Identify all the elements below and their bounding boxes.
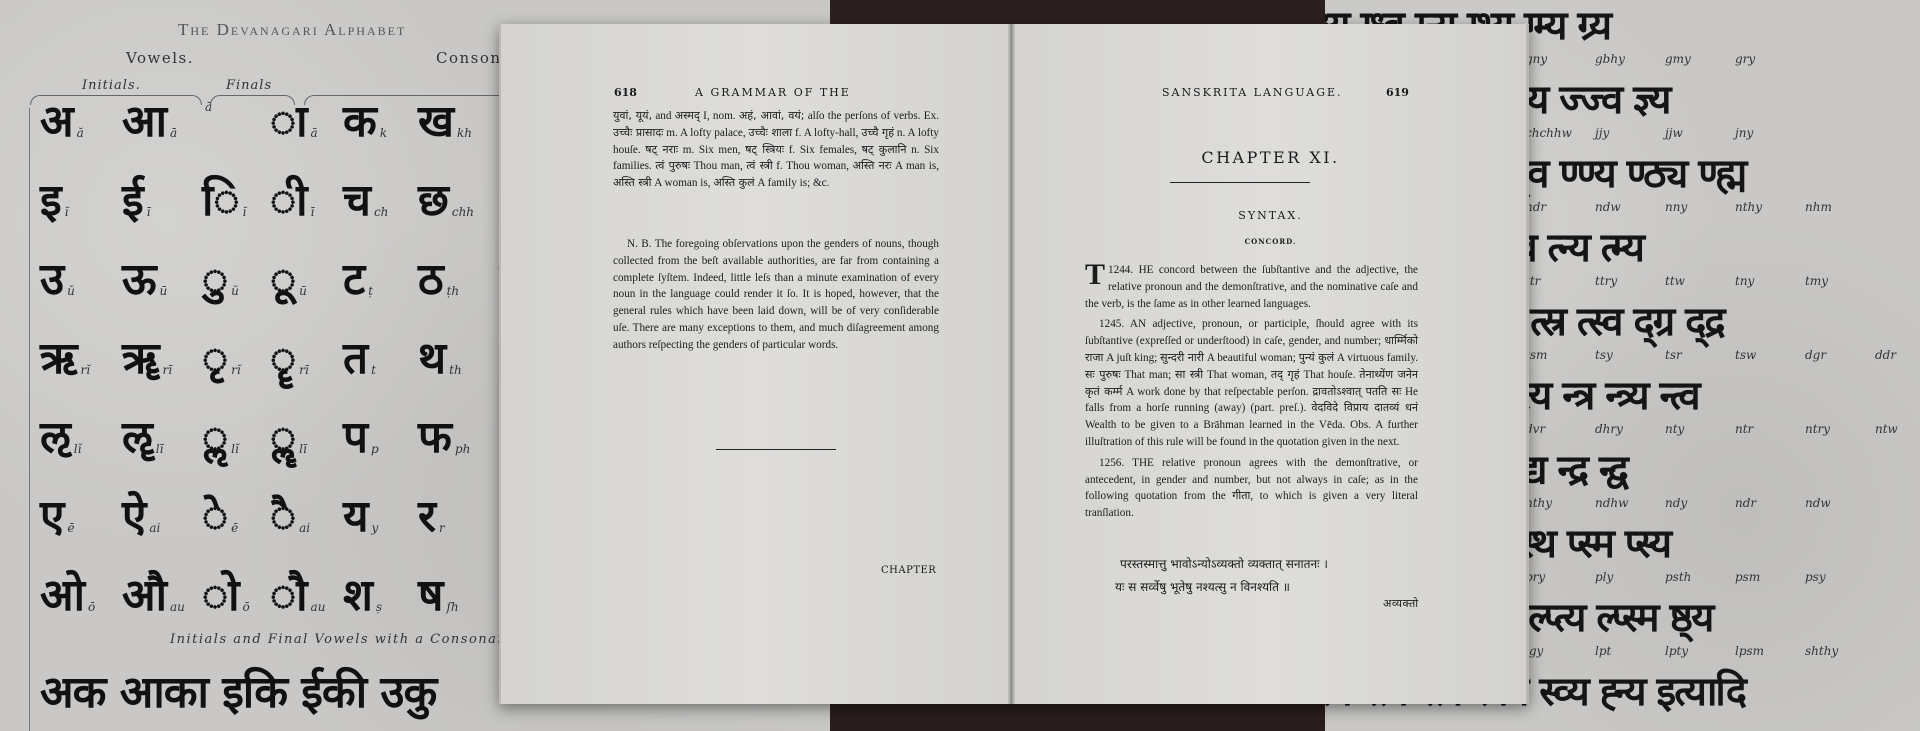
nb-note: N. B. The foregoing obſervations upon th… — [613, 236, 939, 358]
transliteration: ttry — [1595, 274, 1665, 288]
transliteration: kh — [457, 126, 472, 140]
devanagari-glyph: ॡ — [122, 416, 153, 460]
transliteration: ndhw — [1595, 496, 1665, 510]
alphabet-letter: ॠrī — [122, 337, 172, 381]
transliteration: p — [371, 442, 379, 456]
transliteration: ŭ — [67, 284, 75, 298]
alphabet-letter: ौau — [270, 574, 325, 618]
vowels-heading: Vowels. — [126, 49, 194, 67]
transliteration: t — [371, 363, 376, 377]
transliteration: tmy — [1805, 274, 1875, 288]
transliteration: nny — [1665, 200, 1735, 214]
devanagari-glyph: ओ — [40, 574, 85, 618]
transliteration: ū — [160, 284, 168, 298]
transliteration: au — [170, 600, 185, 614]
left-page-number: 618 — [614, 86, 637, 99]
transliteration: r — [439, 521, 445, 535]
right-body: 1244. T HE concord between the ſubſtanti… — [1085, 262, 1418, 526]
transliteration: ch — [374, 205, 388, 219]
alphabet-letter: इĭ — [40, 179, 68, 223]
devanagari-text: अहं, आवां, वयं; — [739, 109, 805, 122]
transliteration: ntr — [1735, 422, 1805, 436]
transliteration: ndw — [1595, 200, 1665, 214]
alphabet-letter: ीī — [270, 179, 314, 223]
paragraph-1244: 1244. T HE concord between the ſubſtanti… — [1085, 262, 1418, 312]
left-paragraph-1: युवां, यूयं, and अस्मद् I, nom. अहं, आवा… — [613, 108, 939, 192]
english-text: m. Six men, — [678, 144, 745, 156]
chapter-title: CHAPTER XI. — [1015, 148, 1526, 167]
transliteration: nthy — [1525, 496, 1595, 510]
transliteration: rī — [163, 363, 173, 377]
alphabet-letter: यy — [343, 495, 378, 539]
transliteration: ĭ — [243, 205, 247, 219]
transliteration: ṣ — [376, 600, 382, 614]
transliteration: shthy — [1805, 644, 1875, 658]
alphabet-letter: षſh — [418, 574, 459, 618]
devanagari-glyph: आ — [122, 100, 167, 144]
english-text: f. Thou woman, — [773, 160, 853, 172]
transliteration: psth — [1665, 570, 1735, 584]
devanagari-glyph: ट — [343, 258, 365, 302]
devanagari-glyph: ा — [270, 100, 308, 144]
devanagari-glyph: ो — [202, 574, 240, 618]
transliteration: jjy — [1595, 126, 1665, 140]
alphabet-letter: ोō — [202, 574, 250, 618]
alphabet-letter: उŭ — [40, 258, 75, 302]
alphabet-letter: रr — [418, 495, 445, 539]
plate-frame-line — [29, 108, 30, 731]
devanagari-glyph: ू — [270, 258, 296, 302]
devanagari-glyph: फ — [418, 416, 452, 460]
alphabet-letter: छchh — [418, 179, 474, 223]
transliteration: tsr — [1665, 348, 1735, 362]
transliteration: ntry — [1805, 422, 1875, 436]
devanagari-glyph: ी — [270, 179, 308, 223]
devanagari-text: षट् नराः — [645, 143, 678, 156]
section-rule — [716, 449, 836, 450]
alphabet-letter: ऊū — [122, 258, 167, 302]
background-bottom-strip — [825, 703, 1325, 731]
devanagari-text: अस्ति कुलं — [713, 176, 754, 189]
transliteration: ĭ — [65, 205, 69, 219]
devanagari-glyph: ए — [40, 495, 64, 539]
transliteration: nthy — [1735, 200, 1805, 214]
subsection-title: CONCORD. — [1015, 237, 1526, 246]
transliteration: ă — [205, 100, 212, 114]
devanagari-glyph: ठ — [418, 258, 444, 302]
english-text: That woman, — [1203, 369, 1271, 381]
devanagari-glyph: े — [202, 495, 228, 539]
alphabet-letter: ैai — [270, 495, 310, 539]
devanagari-text: अस्ति स्त्री — [613, 176, 652, 189]
drop-cap: T — [1085, 262, 1105, 288]
alphabet-letter: ेē — [202, 495, 238, 539]
vowel-consonant-combos: अक आका इकि ईकी उकु — [40, 660, 436, 720]
devanagari-text: त्वं स्त्री — [746, 159, 772, 172]
devanagari-text: अस्मद् — [675, 109, 700, 122]
gita-quote-line-1: परस्तस्मात्तु भावोऽन्योऽव्यक्तो व्यक्तात… — [1120, 555, 1328, 572]
alphabet-letter: टṭ — [343, 258, 373, 302]
alphabet-letter: ऐai — [122, 495, 160, 539]
devanagari-glyph: च — [343, 179, 371, 223]
transliteration: ddr — [1875, 348, 1920, 362]
transliteration: ṭ — [368, 284, 373, 298]
alphabet-letter: ॢlĭ — [202, 416, 239, 460]
devanagari-glyph: ौ — [270, 574, 308, 618]
devanagari-glyph: ष — [418, 574, 443, 618]
devanagari-glyph: प — [343, 416, 368, 460]
devanagari-text: त्वं पुरुषः — [655, 159, 690, 172]
transliteration: lpty — [1665, 644, 1735, 658]
alphabet-letter: पp — [343, 416, 379, 460]
transliteration: ndy — [1665, 496, 1735, 510]
left-page: 618 A GRAMMAR OF THE युवां, यूयं, and अस… — [499, 24, 1011, 704]
transliteration: dgr — [1805, 348, 1875, 362]
devanagari-glyph: ऊ — [122, 258, 157, 302]
alphabet-letter: ओō — [40, 574, 95, 618]
transliteration: psy — [1805, 570, 1875, 584]
devanagari-glyph: ॄ — [270, 337, 296, 381]
nb-note-text: N. B. The foregoing obſervations upon th… — [613, 236, 939, 354]
devanagari-text: सः पुरुषः — [1085, 368, 1121, 381]
transliteration: ndr — [1735, 496, 1805, 510]
transliteration: chh — [452, 205, 474, 219]
english-text: A virtuous family. — [1334, 352, 1418, 364]
transliteration: lī — [299, 442, 307, 456]
transliteration: chchhw — [1525, 126, 1595, 140]
transliteration: lĭ — [74, 442, 82, 456]
transliteration: gny — [1525, 52, 1595, 66]
transliteration: gmy — [1665, 52, 1735, 66]
devanagari-glyph: ै — [270, 495, 296, 539]
devanagari-text: षट् कुलानि — [862, 143, 907, 156]
devanagari-text: युवां, यूयं, — [613, 109, 652, 122]
devanagari-glyph: थ — [418, 337, 446, 381]
english-text: f. Six females, — [784, 144, 861, 156]
devanagari-glyph: त — [343, 337, 368, 381]
devanagari-text: सा स्त्री — [1175, 368, 1203, 381]
transliteration: gbhy — [1595, 52, 1665, 66]
section-title: SYNTAX. — [1015, 209, 1526, 222]
transliteration: lī — [156, 442, 164, 456]
devanagari-text: गीता — [1232, 489, 1250, 502]
devanagari-text: उच्चैः शाला — [749, 126, 793, 139]
devanagari-text: पुन्यं कुलं — [1299, 351, 1334, 364]
alphabet-letter: ठṭh — [418, 258, 459, 302]
transliteration: rĭ — [81, 363, 91, 377]
transliteration: ai — [299, 521, 310, 535]
alphabet-letter: ुŭ — [202, 258, 239, 302]
alphabet-letter: कk — [343, 100, 387, 144]
transliteration: tny — [1735, 274, 1805, 288]
alphabet-letter: ă — [202, 100, 212, 118]
transliteration: ndr — [1525, 200, 1595, 214]
devanagari-glyph: ऌ — [40, 416, 71, 460]
left-catchword: CHAPTER — [881, 565, 936, 576]
english-text: A family is; &c. — [755, 177, 830, 189]
transliteration: ṭh — [447, 284, 460, 298]
transliteration: lĭ — [231, 442, 239, 456]
devanagari-text: सुन्दरी नारी — [1160, 351, 1204, 364]
transliteration: k — [380, 126, 387, 140]
transliteration: ō — [88, 600, 95, 614]
right-page: SANSKRITA LANGUAGE. 619 CHAPTER XI. SYNT… — [1015, 24, 1529, 704]
devanagari-glyph: ि — [202, 179, 240, 223]
devanagari-glyph: ु — [202, 258, 228, 302]
gita-quote-line-2: यः स सर्व्वेषु भूतेषु नश्यत्सु न विनश्यत… — [1115, 578, 1290, 595]
right-running-head: SANSKRITA LANGUAGE. — [1162, 86, 1343, 99]
right-page-number: 619 — [1386, 86, 1409, 99]
alphabet-letter: शṣ — [343, 574, 382, 618]
devanagari-glyph: अ — [40, 100, 74, 144]
alphabet-letter: तt — [343, 337, 376, 381]
devanagari-text: उच्चै गृहं — [861, 126, 894, 139]
devanagari-glyph: ऐ — [122, 495, 146, 539]
english-text: That man; — [1121, 369, 1175, 381]
devanagari-glyph: क — [343, 100, 377, 144]
transliteration: jjw — [1665, 126, 1735, 140]
english-text: I, nom. — [700, 110, 739, 122]
english-text: alſo the perſons of verbs. Ex. — [804, 110, 939, 122]
transliteration: dvr — [1525, 422, 1595, 436]
alphabet-letter: ाā — [270, 100, 318, 144]
english-text: A woman is, — [652, 177, 714, 189]
english-text: Wealth to be given to a Brāhman learned … — [1085, 419, 1418, 448]
chapter-rule — [1170, 182, 1310, 183]
transliteration: lgy — [1525, 644, 1595, 658]
transliteration: ā — [311, 126, 318, 140]
transliteration: nhm — [1805, 200, 1875, 214]
english-text: and — [652, 110, 675, 122]
devanagari-glyph: र — [418, 495, 436, 539]
alphabet-letter: ॣlī — [270, 416, 307, 460]
english-text: Thou man, — [690, 160, 746, 172]
plate-caption: Initials and Final Vowels with a Consona… — [170, 632, 514, 647]
transliteration: tsm — [1525, 348, 1595, 362]
paragraph-1256: 1256. THE relative pronoun agrees with t… — [1085, 455, 1418, 522]
alphabet-letter: ऌlĭ — [40, 416, 81, 460]
alphabet-letter: थth — [418, 337, 462, 381]
transliteration: th — [449, 363, 462, 377]
english-text: That houſe. — [1300, 369, 1360, 381]
devanagari-glyph: इ — [40, 179, 62, 223]
alphabet-letter: अă — [40, 100, 84, 144]
transliteration: ph — [455, 442, 470, 456]
transliteration: ī — [147, 205, 151, 219]
alphabet-letter: एē — [40, 495, 74, 539]
devanagari-glyph: छ — [418, 179, 449, 223]
transliteration: ŭ — [231, 284, 239, 298]
devanagari-glyph: ऋ — [40, 337, 78, 381]
devanagari-glyph: ृ — [202, 337, 228, 381]
finals-subheading: Finals — [226, 78, 272, 93]
devanagari-text: द्रावतोऽश्वात् पतति सः — [1312, 385, 1401, 398]
transliteration: ū — [299, 284, 307, 298]
transliteration: rĭ — [231, 363, 241, 377]
english-text: m. A lofty palace, — [663, 127, 748, 139]
transliteration: ī — [311, 205, 315, 219]
devanagari-glyph: य — [343, 495, 369, 539]
alphabet-letter: ईī — [122, 179, 150, 223]
open-book: 618 A GRAMMAR OF THE युवां, यूयं, and अस… — [499, 24, 1529, 704]
plate-title: The Devanagari Alphabet — [178, 20, 406, 40]
transliteration: tsy — [1595, 348, 1665, 362]
english-text: A beautiful woman; — [1204, 352, 1299, 364]
devanagari-text: उच्चैः प्रासादः — [613, 126, 663, 139]
transliteration: lpsm — [1735, 644, 1805, 658]
alphabet-letter: ूū — [270, 258, 307, 302]
alphabet-letter: ॡlī — [122, 416, 163, 460]
transliteration: lpt — [1595, 644, 1665, 658]
devanagari-glyph: ई — [122, 179, 144, 223]
transliteration: ply — [1595, 570, 1665, 584]
devanagari-text: षट् स्त्रियः — [745, 143, 784, 156]
devanagari-text: वेदविदे विप्राय दातव्यं धनं — [1311, 401, 1418, 414]
alphabet-letter: ॄrī — [270, 337, 309, 381]
transliteration: ă — [77, 126, 84, 140]
transliteration: rī — [299, 363, 309, 377]
right-catchword: अव्यक्तो — [1383, 596, 1419, 611]
devanagari-glyph: ॣ — [270, 416, 296, 460]
transliteration: psm — [1735, 570, 1805, 584]
devanagari-text: अस्ति नरः — [853, 159, 892, 172]
transliteration: ttr — [1525, 274, 1595, 288]
transliteration: ā — [170, 126, 177, 140]
transliteration: ttw — [1665, 274, 1735, 288]
devanagari-glyph: उ — [40, 258, 64, 302]
alphabet-letter: ृrĭ — [202, 337, 241, 381]
alphabet-letter: िĭ — [202, 179, 246, 223]
alphabet-letter: फph — [418, 416, 470, 460]
transliteration: ē — [231, 521, 238, 535]
alphabet-letter: आā — [122, 100, 177, 144]
transliteration: pry — [1525, 570, 1595, 584]
transliteration: au — [311, 600, 326, 614]
initials-subheading: Initials. — [82, 78, 141, 93]
devanagari-glyph: श — [343, 574, 373, 618]
transliteration: y — [372, 521, 379, 535]
transliteration: ndw — [1805, 496, 1875, 510]
transliteration: dhry — [1595, 422, 1665, 436]
alphabet-letter: ऋrĭ — [40, 337, 90, 381]
transliteration: ſh — [446, 600, 458, 614]
alphabet-letter: खkh — [418, 100, 472, 144]
transliteration: ntw — [1875, 422, 1920, 436]
devanagari-glyph: औ — [122, 574, 167, 618]
alphabet-letter: औau — [122, 574, 185, 618]
alphabet-letter: चch — [343, 179, 388, 223]
english-text: A man is, — [891, 160, 939, 172]
background-top-strip — [825, 0, 1325, 26]
devanagari-text: तद् गृहं — [1271, 368, 1300, 381]
left-running-head: A GRAMMAR OF THE — [695, 86, 851, 99]
transliteration: jny — [1735, 126, 1805, 140]
english-text: A juſt king; — [1103, 352, 1160, 364]
transliteration: gry — [1735, 52, 1805, 66]
transliteration: ē — [67, 521, 74, 535]
transliteration: tsw — [1735, 348, 1805, 362]
paragraph-1245: 1245. AN adjective, pronoun, or particip… — [1085, 316, 1418, 450]
devanagari-glyph: ॠ — [122, 337, 160, 381]
english-text: 1245. AN adjective, pronoun, or particip… — [1085, 318, 1418, 347]
english-text: A work done by that reſpectable perſon. — [1122, 386, 1312, 398]
transliteration: ai — [149, 521, 160, 535]
transliteration: ō — [243, 600, 250, 614]
devanagari-glyph: ख — [418, 100, 454, 144]
devanagari-glyph: ॢ — [202, 416, 228, 460]
transliteration: nty — [1665, 422, 1735, 436]
english-text: f. A lofty-hall, — [792, 127, 861, 139]
